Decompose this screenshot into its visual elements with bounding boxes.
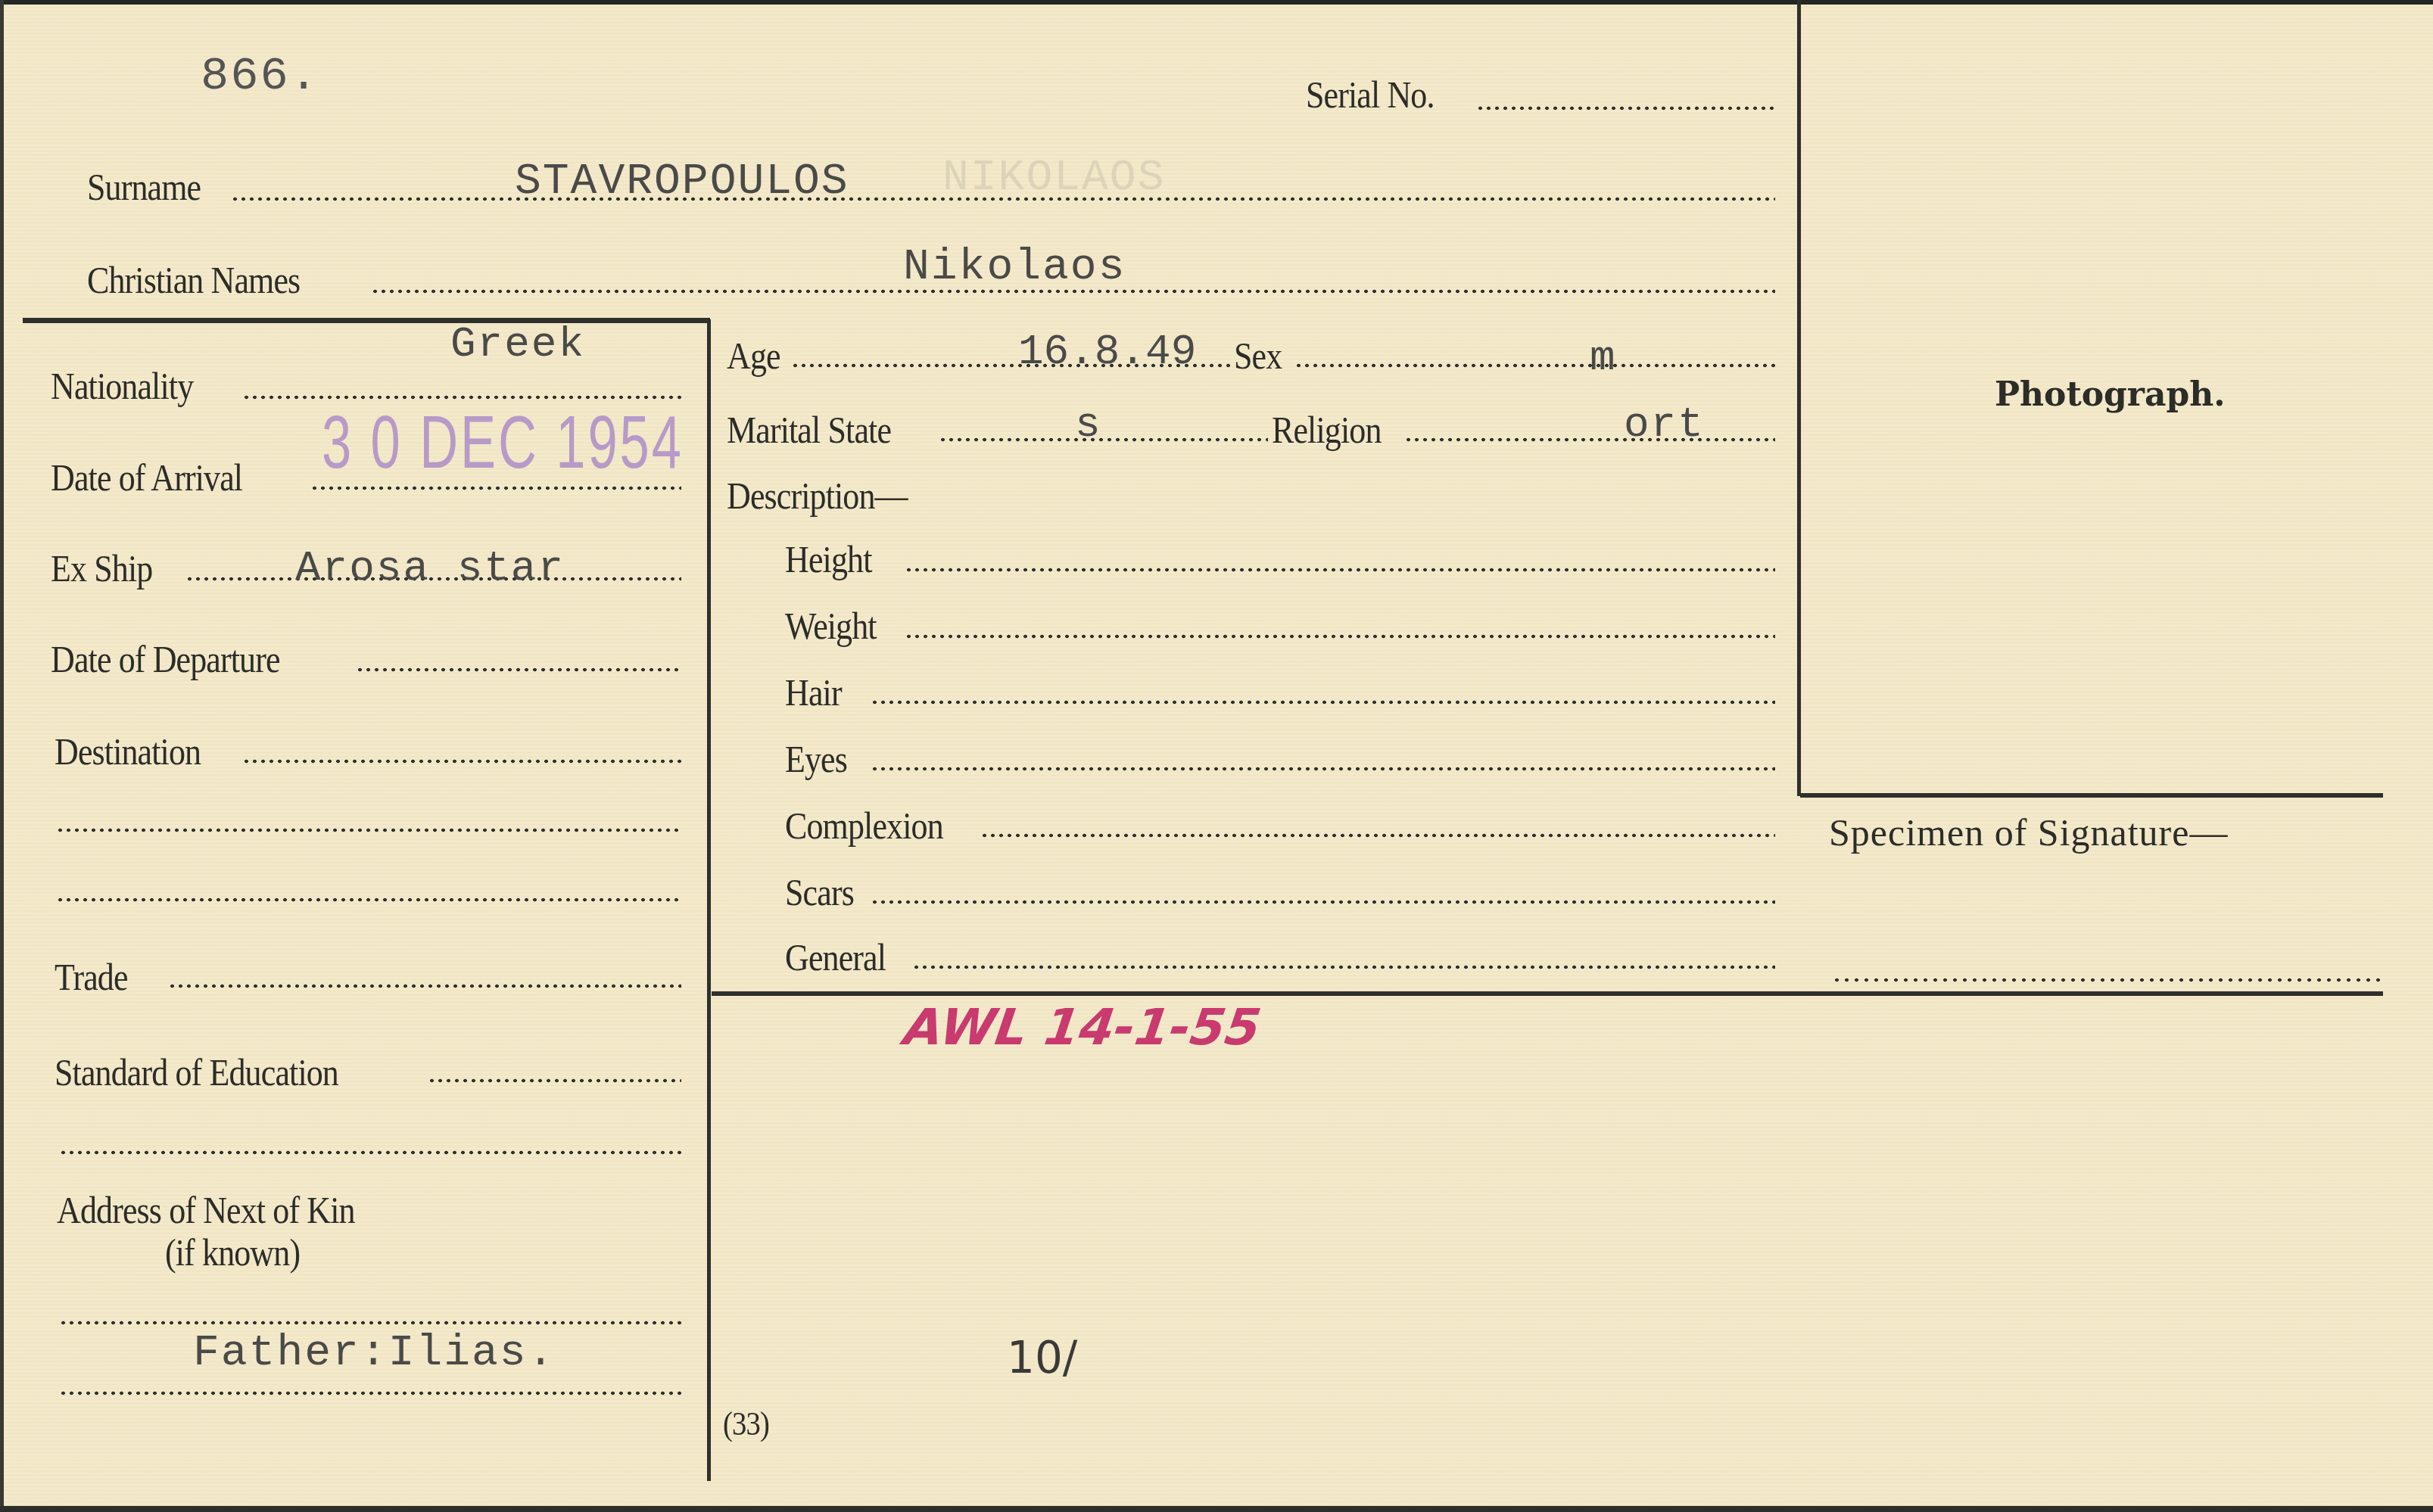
- religion-field[interactable]: [1404, 437, 1775, 442]
- nationality-value: Greek: [450, 323, 585, 366]
- date-of-arrival-field[interactable]: [310, 486, 681, 490]
- complexion-field[interactable]: [980, 833, 1775, 838]
- marital-state-field[interactable]: [939, 437, 1268, 442]
- next-of-kin-field-line2[interactable]: [59, 1391, 685, 1395]
- left-box-right-border: [707, 319, 711, 1481]
- hair-field[interactable]: [871, 700, 1775, 705]
- ex-ship-label: Ex Ship: [51, 549, 152, 587]
- surname-faint-overstrike: NIKOLAOS: [942, 157, 1165, 201]
- date-of-departure-field[interactable]: [356, 667, 681, 672]
- next-of-kin-value: Father:Ilias.: [193, 1332, 555, 1376]
- age-label: Age: [727, 337, 780, 375]
- general-label: General: [785, 938, 886, 976]
- trade-label: Trade: [55, 958, 128, 996]
- height-label: Height: [785, 540, 871, 578]
- photo-box-bottom-border: [1800, 793, 2383, 798]
- nationality-field[interactable]: [242, 395, 681, 400]
- destination-field[interactable]: [242, 759, 681, 764]
- christian-names-label: Christian Names: [87, 261, 300, 299]
- description-bottom-border: [712, 991, 2383, 996]
- eyes-label: Eyes: [785, 740, 847, 778]
- arrival-date-stamp: 3 0 DEC 1954: [322, 405, 684, 479]
- left-box-top-border: [23, 318, 710, 323]
- sex-label: Sex: [1234, 337, 1282, 375]
- next-of-kin-field-line1[interactable]: [59, 1321, 685, 1325]
- serial-no-label: Serial No.: [1306, 76, 1435, 114]
- surname-value: STAVROPOULOS: [515, 160, 849, 204]
- trade-field[interactable]: [168, 984, 681, 988]
- scars-label: Scars: [785, 873, 854, 911]
- religion-value: ort: [1624, 403, 1705, 446]
- scars-field[interactable]: [871, 900, 1775, 904]
- standard-of-education-field[interactable]: [428, 1078, 681, 1083]
- religion-label: Religion: [1272, 411, 1382, 449]
- immigration-registration-card: 866. Serial No. Surname STAVROPOULOS NIK…: [0, 0, 2433, 1512]
- weight-label: Weight: [785, 607, 877, 645]
- handwritten-annotation: AWL 14-1-55: [901, 1003, 1263, 1053]
- sex-value: m: [1590, 337, 1617, 379]
- signature-label: Specimen of Signature—: [1829, 814, 2228, 851]
- next-of-kin-label: Address of Next of Kin: [57, 1191, 355, 1229]
- serial-no-field[interactable]: [1476, 106, 1775, 110]
- next-of-kin-sublabel: (if known): [165, 1234, 300, 1271]
- age-value: 16.8.49: [1018, 331, 1196, 373]
- complexion-label: Complexion: [785, 807, 943, 845]
- card-number: 866.: [201, 53, 319, 100]
- form-code: (33): [723, 1408, 769, 1441]
- date-of-arrival-label: Date of Arrival: [51, 459, 242, 496]
- date-of-departure-label: Date of Departure: [51, 640, 280, 678]
- photo-box-left-border: [1797, 0, 1801, 796]
- christian-names-value: Nikolaos: [903, 246, 1126, 290]
- eyes-field[interactable]: [871, 767, 1775, 771]
- general-field[interactable]: [912, 965, 1775, 969]
- weight-field[interactable]: [905, 634, 1775, 639]
- sex-field[interactable]: [1294, 363, 1775, 368]
- marital-state-value: s: [1075, 403, 1102, 446]
- card-left-edge: [0, 0, 4, 1512]
- photograph-area[interactable]: [1802, 5, 2383, 792]
- card-bottom-edge: [0, 1506, 2433, 1512]
- fee-note: 10/: [1007, 1336, 1077, 1380]
- destination-field-line2[interactable]: [56, 828, 681, 832]
- description-label: Description—: [727, 477, 908, 515]
- education-field-line2[interactable]: [59, 1150, 685, 1155]
- hair-label: Hair: [785, 674, 842, 711]
- height-field[interactable]: [905, 568, 1775, 572]
- ex-ship-value: Arosa star: [295, 547, 565, 590]
- surname-label: Surname: [87, 168, 201, 206]
- nationality-label: Nationality: [51, 367, 193, 405]
- destination-label: Destination: [55, 733, 201, 770]
- marital-state-label: Marital State: [727, 411, 891, 449]
- standard-of-education-label: Standard of Education: [55, 1053, 338, 1091]
- signature-field[interactable]: [1832, 978, 2381, 982]
- destination-field-line3[interactable]: [56, 898, 681, 902]
